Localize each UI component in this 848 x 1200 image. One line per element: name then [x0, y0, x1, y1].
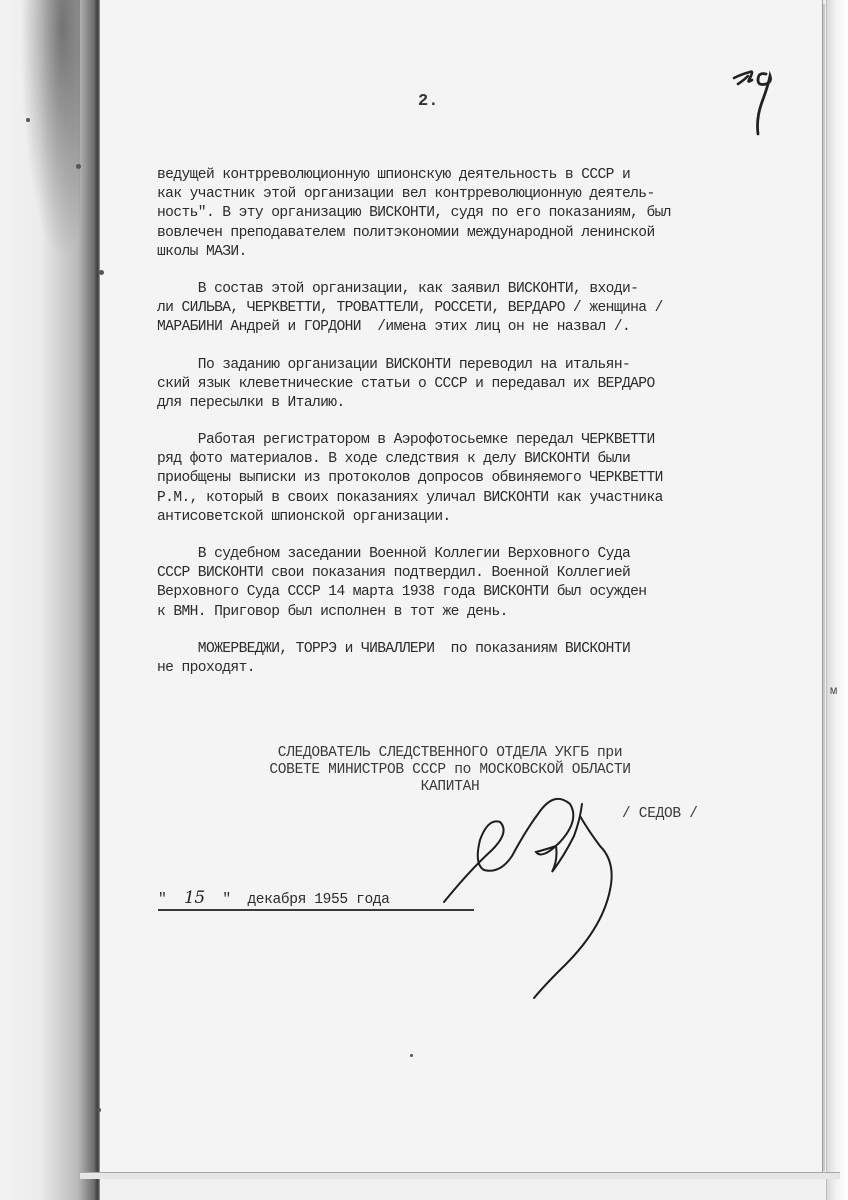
text-line: В судебном заседании Военной Коллегии Ве… [157, 545, 837, 564]
paragraph: МОЖЕРВЕДЖИ, ТОРРЭ и ЧИВАЛЛЕРИ по показан… [157, 640, 837, 678]
binding-shadow [0, 0, 100, 1200]
paragraph: По заданию организации ВИСКОНТИ переводи… [157, 356, 837, 414]
signatory-name: / СЕДОВ / [622, 806, 698, 822]
text-line: Работая регистратором в Аэрофотосьемке п… [157, 431, 837, 450]
text-line: антисоветской шпионской организации. [157, 508, 837, 527]
text-line: для пересылки в Италию. [157, 394, 837, 413]
text-line: Верховного Суда СССР 14 марта 1938 года … [157, 583, 837, 602]
signature-title-line-1: СЛЕДОВАТЕЛЬ СЛЕДСТВЕННОГО ОТДЕЛА УКГБ пр… [200, 745, 700, 762]
page-number: 2. [418, 92, 438, 111]
paper-speck [97, 1108, 101, 1112]
text-line: МАРАБИНИ Андрей и ГОРДОНИ /имена этих ли… [157, 318, 837, 337]
paper-speck [410, 1054, 413, 1057]
text-line: ряд фото материалов. В ходе следствия к … [157, 450, 837, 469]
document-body: ведущей контрреволюционную шпионскую дея… [157, 166, 837, 696]
text-line: МОЖЕРВЕДЖИ, ТОРРЭ и ЧИВАЛЛЕРИ по показан… [157, 640, 837, 659]
document-date: "15" декабря 1955 года [158, 888, 474, 911]
date-close-quote: " [222, 892, 230, 908]
paper-speck [99, 270, 104, 275]
text-line: ность". В эту организацию ВИСКОНТИ, судя… [157, 204, 837, 223]
text-line: приобщены выписки из протоколов допросов… [157, 469, 837, 488]
paragraph: В судебном заседании Военной Коллегии Ве… [157, 545, 837, 622]
page-bottom-edge [80, 1172, 840, 1179]
text-line: вовлечен преподавателем политэкономии ме… [157, 224, 837, 243]
text-line: Р.М., который в своих показаниях уличал … [157, 489, 837, 508]
text-line: не проходят. [157, 659, 837, 678]
margin-mark: м [830, 684, 837, 698]
paragraph: В состав этой организации, как заявил ВИ… [157, 280, 837, 338]
text-line: к ВМН. Приговор был исполнен в тот же де… [157, 603, 837, 622]
paper-speck [26, 118, 30, 122]
date-month-year: декабря 1955 года [247, 892, 389, 908]
text-line: ли СИЛЬВА, ЧЕРКВЕТТИ, ТРОВАТТЕЛИ, РОССЕТ… [157, 299, 837, 318]
text-line: ведущей контрреволюционную шпионскую дея… [157, 166, 837, 185]
handwritten-archive-number [728, 62, 788, 142]
text-line: СССР ВИСКОНТИ свои показания подтвердил.… [157, 564, 837, 583]
text-line: По заданию организации ВИСКОНТИ переводи… [157, 356, 837, 375]
paper-speck [76, 164, 81, 169]
paragraph: ведущей контрреволюционную шпионскую дея… [157, 166, 837, 262]
date-open-quote: " [158, 892, 166, 908]
text-line: ский язык клеветнические статьи о СССР и… [157, 375, 837, 394]
text-line: школы МАЗИ. [157, 243, 837, 262]
date-day-handwritten: 15 [166, 888, 222, 908]
text-line: как участник этой организации вел контрр… [157, 185, 837, 204]
paragraph: Работая регистратором в Аэрофотосьемке п… [157, 431, 837, 527]
text-line: В состав этой организации, как заявил ВИ… [157, 280, 837, 299]
